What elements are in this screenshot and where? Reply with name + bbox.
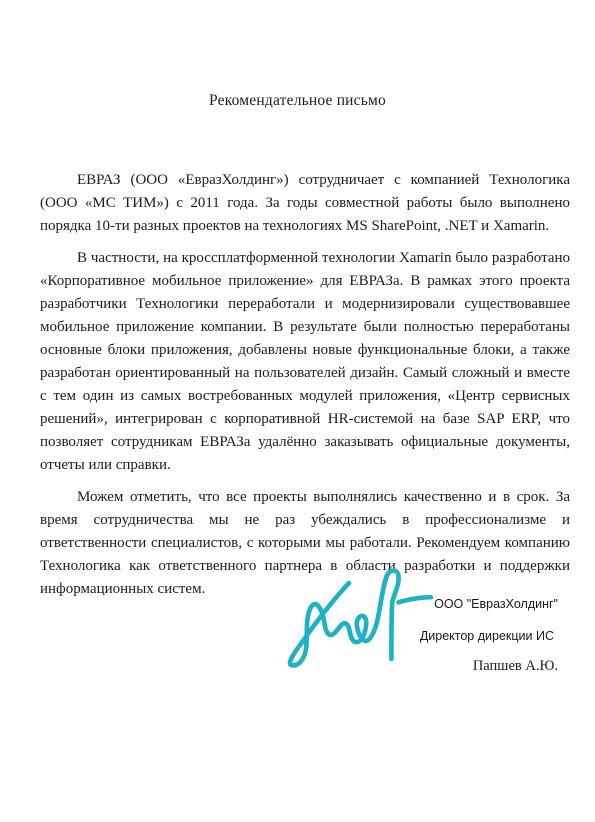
handwritten-signature-ink (278, 560, 440, 678)
letter-body: ЕВРАЗ (ООО «ЕвразХолдинг») сотрудничает … (40, 169, 570, 610)
signer-name: Папшев А.Ю. (473, 658, 558, 675)
recommendation-letter-page: Рекомендательное письмо ЕВРАЗ (ООО «Евра… (0, 0, 595, 822)
paragraph-project-details: В частности, на кроссплатформенной техно… (40, 247, 570, 477)
paragraph-cooperation: ЕВРАЗ (ООО «ЕвразХолдинг») сотрудничает … (40, 169, 570, 238)
signer-position: Директор дирекции ИС (420, 629, 554, 643)
letter-title: Рекомендательное письмо (0, 92, 595, 110)
signer-company: ООО "ЕвразХолдинг" (434, 597, 558, 611)
